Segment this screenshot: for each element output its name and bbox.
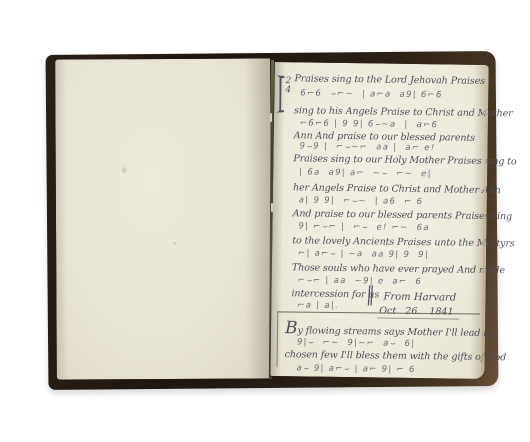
left-page bbox=[55, 58, 272, 379]
lyric-line: Praises sing to the Lord Jehovah Praises bbox=[294, 73, 483, 87]
page-stain bbox=[173, 242, 176, 245]
lyric-line: sing to his Angels Praise to Christ and … bbox=[294, 105, 483, 119]
notation-row: 6⌐6 ⌣⌐~ | a⌐a a9| 6⌐6 bbox=[300, 88, 483, 101]
lyric-line: chosen few I'll bless them with the gift… bbox=[285, 349, 480, 363]
attribution-source: From Harvard bbox=[383, 292, 456, 304]
song-section-border bbox=[276, 312, 278, 367]
binding-stitch bbox=[270, 113, 272, 122]
notation-row: | 6a a9| a⌐ ~⌣ ⌐~ e| bbox=[299, 167, 482, 180]
lyric-line: Praises sing to our Holy Mother Praises … bbox=[293, 153, 482, 167]
notation-row: a| 9 9| ⌐⌣~ | a6 ⌐ 6 bbox=[299, 195, 482, 208]
notation-row: ⌐⌣⌐ | aa ~9| e a⌐ 6 bbox=[298, 275, 481, 288]
notation-row: ⌐| a⌐⌣ | ~a aa 9| 9 9| bbox=[298, 248, 481, 261]
page-stain bbox=[122, 167, 127, 173]
notation-row: a⌣ 9| a⌐⌣ | a⌐ 9| ⌐ 6 bbox=[296, 363, 479, 376]
right-page: 2 4 Praises sing to the Lord Jehovah Pra… bbox=[270, 62, 488, 379]
lyric-line: Those souls who have ever prayed And mad… bbox=[292, 262, 481, 276]
lyric-line: to the lovely Ancients Praises unto the … bbox=[292, 235, 481, 249]
notation-row: 9| ⌐⌣⌐ | ⌐⌣ e! ⌐~ 6a bbox=[298, 221, 481, 234]
book-photo: 2 4 Praises sing to the Lord Jehovah Pra… bbox=[0, 0, 530, 442]
time-signature-denominator: 4 bbox=[285, 86, 301, 95]
notation-row: 9|⌣ ⌐~ 9|~⌐ a⌣ 6| bbox=[297, 337, 480, 350]
lyric-line: By flowing streams says Mother I'll lead… bbox=[285, 323, 480, 339]
lyric-line: And praise to our blessed parents Praise… bbox=[293, 208, 482, 222]
notation-row: ⌐6⌐6 | 9 9| 6⌣~a | a⌐6 bbox=[300, 118, 483, 131]
notation-row: 9⌣9 | ⌐⌣~⌐ aa | a⌐ e! bbox=[300, 141, 483, 154]
lyric-line: her Angels Praise to Christ and Mother A… bbox=[293, 182, 482, 196]
